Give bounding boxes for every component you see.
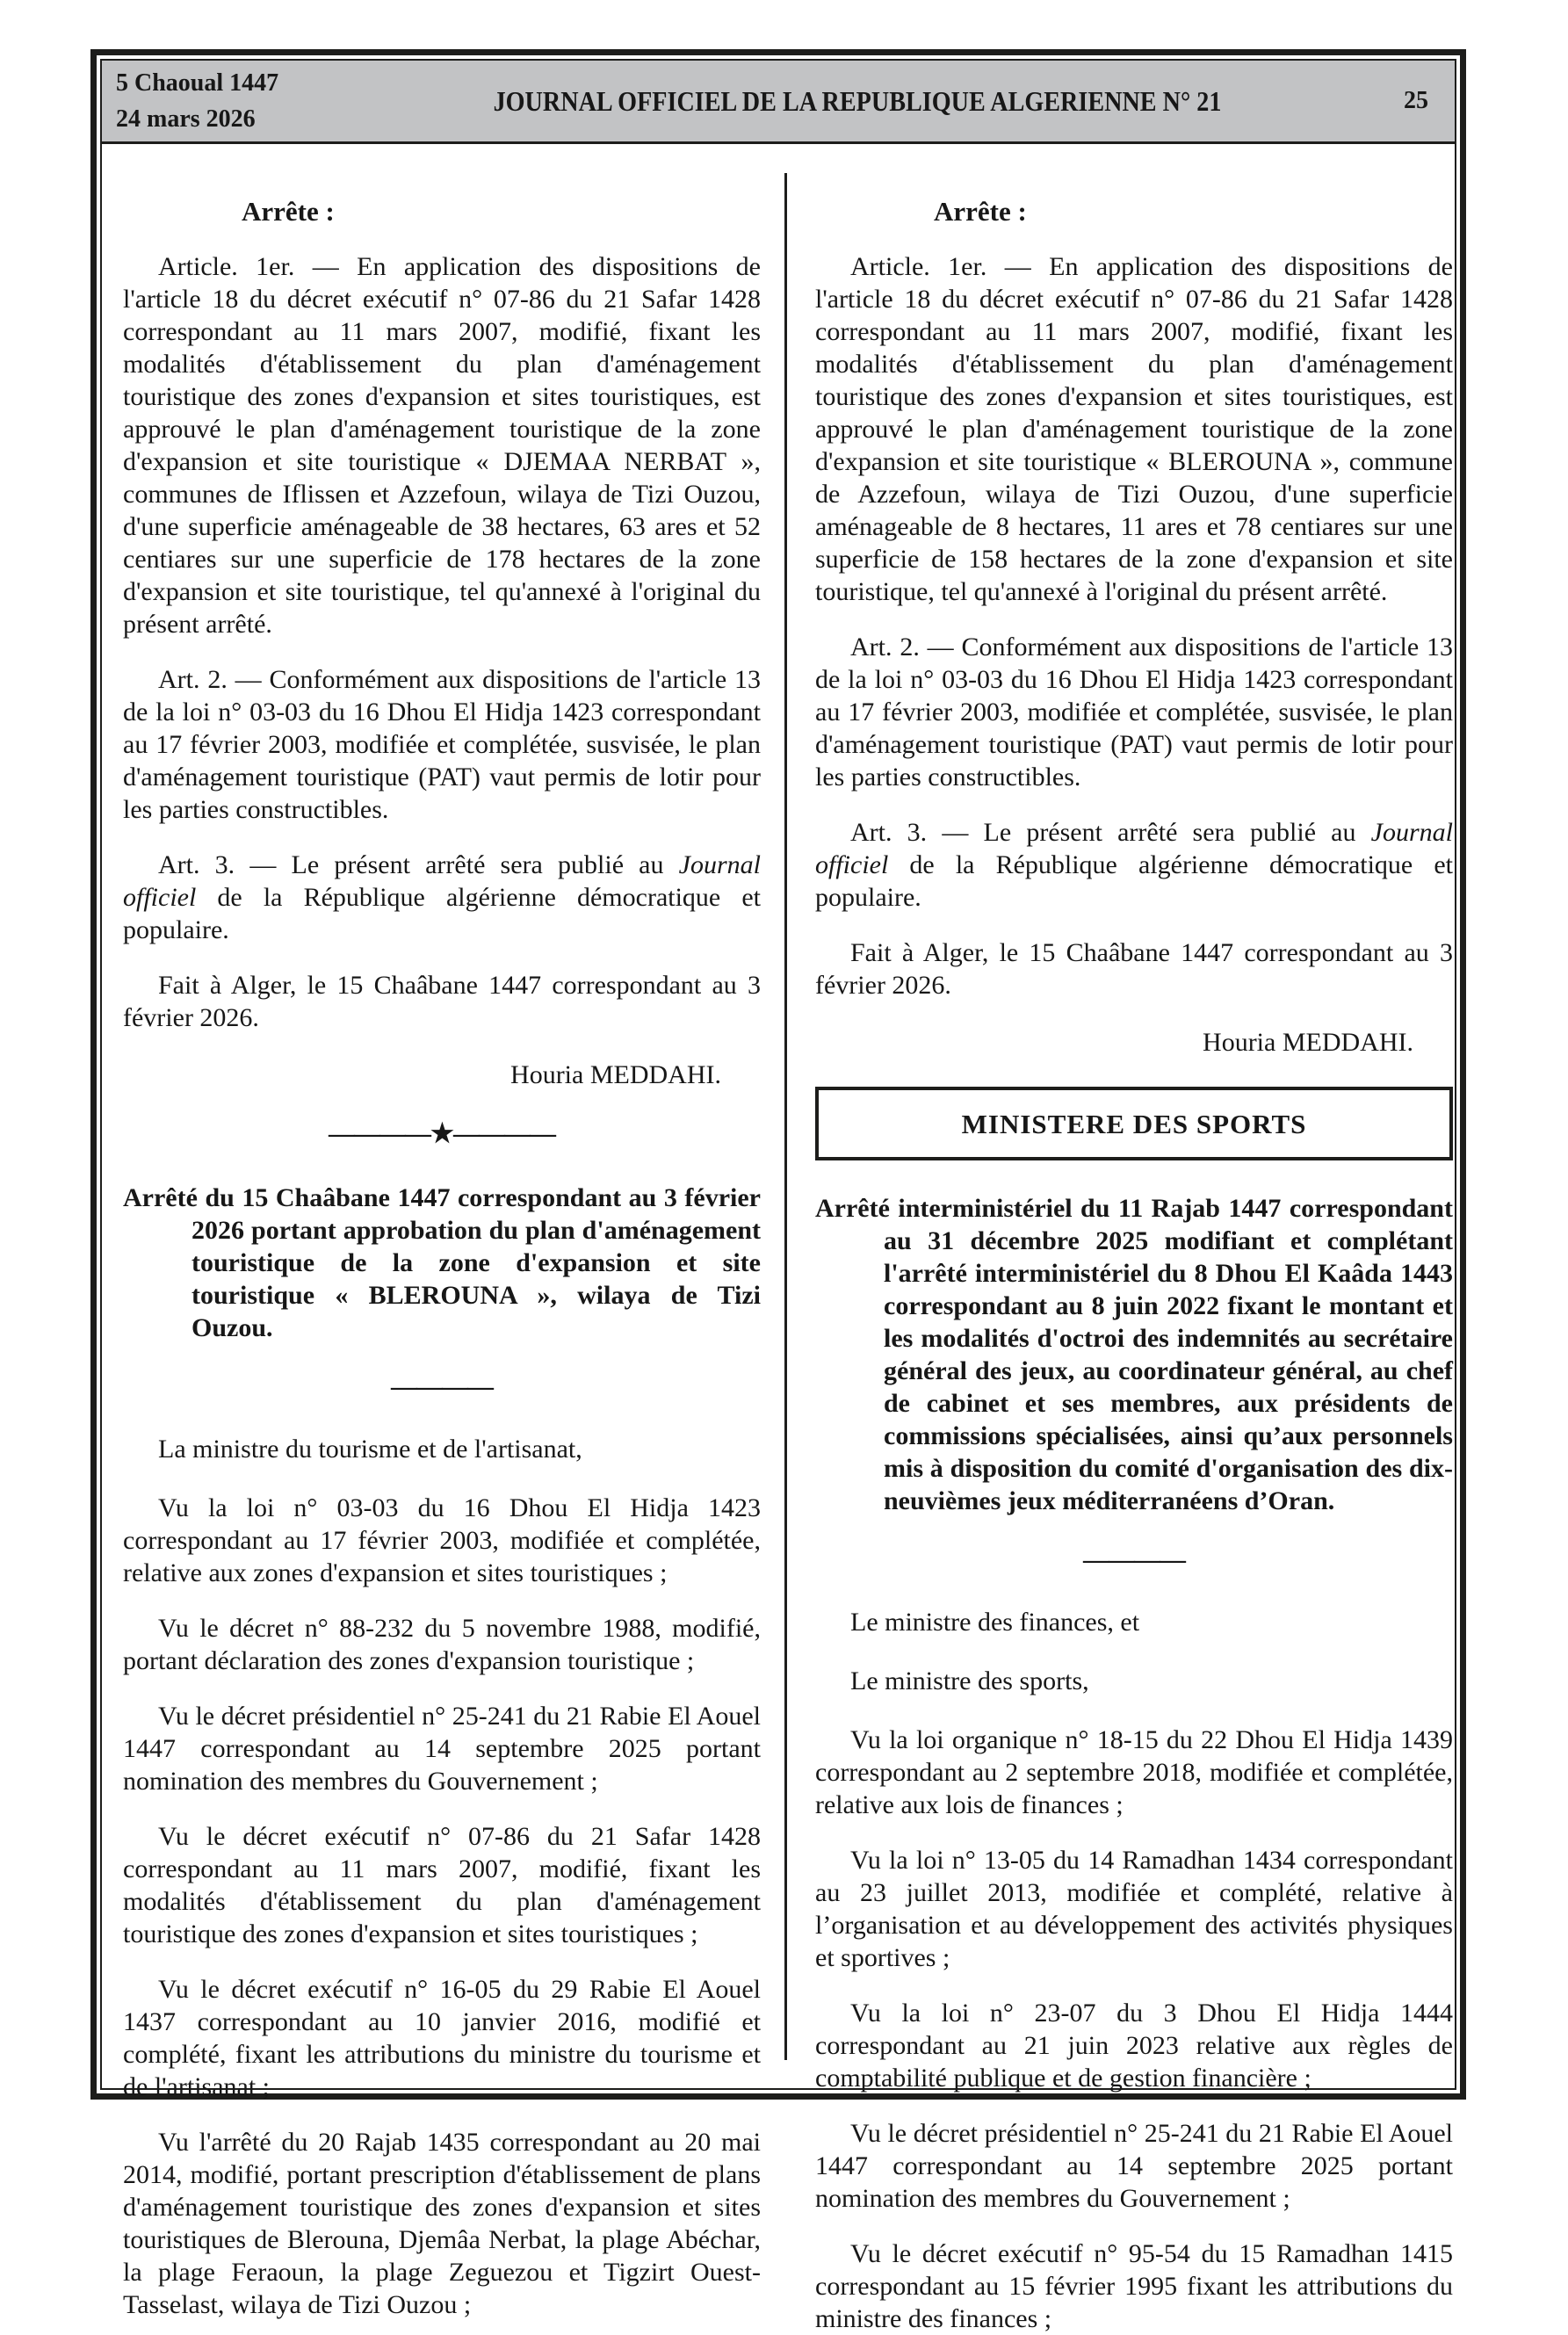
star-separator: ————★———— [123, 1117, 761, 1150]
vu-paragraph: Vu le décret exécutif n° 07-86 du 21 Saf… [123, 1820, 761, 1950]
article-2-paragraph: Art. 2. — Conformément aux dispositions … [815, 631, 1453, 793]
right-column: Arrête : Article. 1er. — En application … [815, 149, 1453, 2335]
fait-a-alger: Fait à Alger, le 15 Chaâbane 1447 corres… [815, 936, 1453, 1001]
masthead-dates: 5 Chaoual 1447 24 mars 2026 [116, 65, 388, 137]
minister-intro: La ministre du tourisme et de l'artisana… [123, 1433, 761, 1465]
dash-separator: ———— [123, 1370, 761, 1403]
article-3-prefix: Art. 3. — Le présent arrêté sera publié … [158, 850, 679, 879]
page-number: 25 [1326, 87, 1441, 115]
decree-title: Arrêté du 15 Chaâbane 1447 correspondant… [123, 1182, 761, 1344]
minister-intro: Le ministre des sports, [815, 1665, 1453, 1697]
ministry-section-box: MINISTERE DES SPORTS [815, 1087, 1453, 1160]
vu-paragraph: Vu le décret exécutif n° 95-54 du 15 Ram… [815, 2237, 1453, 2335]
article-3-prefix: Art. 3. — Le présent arrêté sera publié … [850, 818, 1371, 847]
article-3-paragraph: Art. 3. — Le présent arrêté sera publié … [815, 816, 1453, 914]
vu-paragraph: Vu l'arrêté du 20 Rajab 1435 corresponda… [123, 2126, 761, 2321]
signature: Houria MEDDAHI. [123, 1059, 761, 1091]
vu-paragraph: Vu le décret présidentiel n° 25-241 du 2… [815, 2117, 1453, 2215]
vu-paragraph: Vu la loi n° 13-05 du 14 Ramadhan 1434 c… [815, 1844, 1453, 1974]
ministry-title: MINISTERE DES SPORTS [962, 1108, 1307, 1140]
fait-a-alger: Fait à Alger, le 15 Chaâbane 1447 corres… [123, 969, 761, 1034]
article-3-suffix: de la République algérienne démocratique… [815, 850, 1453, 912]
arrete-heading: Arrête : [242, 195, 761, 228]
column-divider [784, 173, 787, 2060]
left-column: Arrête : Article. 1er. — En application … [123, 149, 761, 2321]
dash-separator: ———— [815, 1543, 1453, 1576]
page-frame: 5 Chaoual 1447 24 mars 2026 JOURNAL OFFI… [90, 49, 1466, 2100]
date-gregorian: 24 mars 2026 [116, 101, 388, 137]
article-1-paragraph: Article. 1er. — En application des dispo… [815, 250, 1453, 608]
article-3-suffix: de la République algérienne démocratique… [123, 883, 761, 944]
minister-intro: Le ministre des finances, et [815, 1606, 1453, 1638]
decree-title: Arrêté interministériel du 11 Rajab 1447… [815, 1192, 1453, 1517]
vu-paragraph: Vu le décret n° 88-232 du 5 novembre 198… [123, 1612, 761, 1677]
arrete-heading: Arrête : [934, 195, 1453, 228]
vu-paragraph: Vu la loi n° 03-03 du 16 Dhou El Hidja 1… [123, 1492, 761, 1589]
vu-paragraph: Vu la loi organique n° 18-15 du 22 Dhou … [815, 1724, 1453, 1821]
article-1-paragraph: Article. 1er. — En application des dispo… [123, 250, 761, 640]
journal-title: JOURNAL OFFICIEL DE LA REPUBLIQUE ALGERI… [444, 85, 1270, 118]
vu-paragraph: Vu le décret exécutif n° 16-05 du 29 Rab… [123, 1973, 761, 2103]
article-2-paragraph: Art. 2. — Conformément aux dispositions … [123, 663, 761, 826]
article-3-paragraph: Art. 3. — Le présent arrêté sera publié … [123, 849, 761, 946]
page-frame-inner: 5 Chaoual 1447 24 mars 2026 JOURNAL OFFI… [100, 59, 1456, 2090]
vu-paragraph: Vu la loi n° 23-07 du 3 Dhou El Hidja 14… [815, 1997, 1453, 2094]
vu-paragraph: Vu le décret présidentiel n° 25-241 du 2… [123, 1700, 761, 1797]
date-hijri: 5 Chaoual 1447 [116, 65, 388, 101]
masthead: 5 Chaoual 1447 24 mars 2026 JOURNAL OFFI… [102, 61, 1455, 144]
signature: Houria MEDDAHI. [815, 1026, 1453, 1059]
